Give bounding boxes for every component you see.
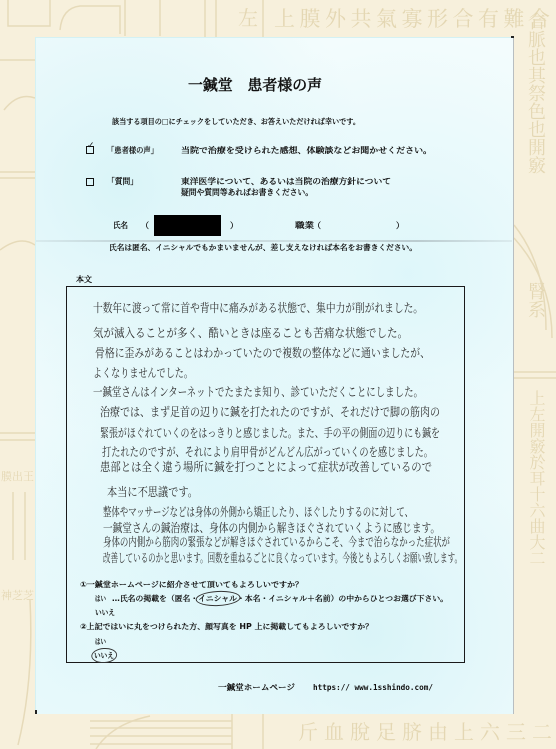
check-mark-icon: ✓	[87, 141, 95, 151]
handwritten-line: 骨格に歪みがあることはわかっていたので複数の整体などに通いましたが、	[95, 346, 430, 360]
handwritten-line: 一鍼堂さんはインターネットでたまたま知り、診ていただくことにしました。	[93, 385, 423, 399]
option-checkbox-patient-voice: ✓	[86, 146, 94, 154]
choice-suffix: ・本名・イニシャル＋名前）の中からひとつお選び下さい。	[237, 594, 448, 603]
name-paren-open: （	[141, 221, 149, 231]
handwritten-line: よくなりませんでした。	[93, 366, 193, 380]
background-text-bottom-row: 斤血脫足脐由上六三二	[298, 722, 556, 742]
background-text-right-middle: 腎系	[526, 282, 544, 318]
body-text-box	[66, 286, 465, 663]
handwritten-line: 本当に不思議です。	[107, 485, 198, 499]
question-2-no-option-circled: いいえ	[94, 651, 114, 661]
handwritten-line: 患部とは全く違う場所に鍼を打つことによって症状が改善しているので	[100, 460, 432, 474]
background-text-left-row-2: 神芝芝	[1, 590, 34, 601]
option-description-question-line-2: 疑問や質問等あればお書きください。	[181, 188, 313, 198]
name-redacted-block	[154, 215, 221, 236]
paper-corner-mark	[35, 710, 37, 714]
page-canvas: 左 上膜外共氣寡形合有難合 合脈也其祭色也開竅 腎系 上左開竅於耳十六曲大二 斤…	[0, 0, 556, 749]
question-2-yes-option: はい	[95, 637, 106, 647]
option-description-question-line-1: 東洋医学について、あるいは当院の治療方針について	[181, 177, 391, 187]
footer-url: https:// www.1sshindo.com/	[313, 683, 433, 693]
handwritten-line: 改善しているのかと思います。回数を重ねるごとに良くなっています。今後ともよろしく…	[103, 551, 462, 565]
handwritten-line: 十数年に渡って常に首や背中に痛みがある状態で、集中力が削がれました。	[93, 301, 423, 315]
circled-answer-no: いいえ	[94, 651, 114, 660]
occupation-paren-close: ）	[396, 221, 404, 231]
body-label: 本文	[76, 275, 92, 285]
name-label: 氏名	[113, 221, 128, 231]
background-text-top-left: 左	[238, 8, 258, 28]
handwritten-line: 打たれたのですが、それにより肩甲骨がどんどん広がっていくのを感じました。	[102, 445, 433, 459]
background-text-right-lower: 上左開竅於耳十六曲大二	[528, 390, 544, 566]
question-1-name-display-choice: …氏名の掲載を（匿名・イニシャル・本名・イニシャル＋名前）の中からひとつお選び下…	[112, 594, 448, 604]
circled-choice-initials: イニシャル	[198, 594, 237, 603]
handwritten-line: 身体の内側から筋肉の緊張などが解きほぐされているからこそ、今まで治らなかった症状…	[103, 535, 450, 549]
question-2-text: ②上記ではいに丸をつけられた方、顔写真を HP 上に掲載してもよろしいですか？	[80, 622, 373, 632]
handwritten-line: 治療では、まず足首の辺りに鍼を打たれたのですが、それだけで脚の筋肉の	[100, 405, 440, 419]
background-text-top-row: 上膜外共氣寡形合有難合	[274, 9, 555, 30]
footer-homepage-label: 一鍼堂ホームページ	[218, 683, 295, 693]
background-text-right-upper: 合脈也其祭色也開竅	[526, 12, 544, 174]
handwritten-line: 気が滅入ることが多く、酷いときは座ることも苦痛な状態でした。	[93, 326, 408, 340]
option-label-question: 「質問」	[107, 177, 138, 187]
question-1-yes-option: はい	[95, 594, 106, 604]
handwritten-line: 整体やマッサージなどは身体の外側から矯正したり、ほぐしたりするのに対して、	[103, 505, 413, 519]
form-title: 一鍼堂 患者様の声	[188, 76, 322, 94]
option-label-patient-voice: 「患者様の声」	[107, 146, 158, 156]
option-description-patient-voice: 当院で治療を受けられた感想、体験談などお聞かせください。	[181, 146, 432, 156]
occupation-label: 職業	[295, 221, 314, 231]
handwritten-line: 緊張がほぐれていくのをはっきりと感じました。また、手の平の側面の辺りにも鍼を	[100, 426, 440, 440]
name-note: 氏名は匿名、イニシャルでもかまいませんが、差し支えなければ本名をお書きください。	[109, 243, 417, 253]
question-1-text: ①一鍼堂ホームページに紹介させて頂いてもよろしいですか？	[80, 580, 303, 590]
option-checkbox-question: ✓	[86, 178, 94, 186]
form-instruction: 該当する項目の□にチェックをしていただき、お答えいただければ幸いです。	[112, 117, 360, 127]
handwritten-line: 一鍼堂さんの鍼治療は、身体の内側から解きほぐされていくように感じます。	[103, 521, 440, 535]
name-paren-close: ）	[230, 221, 238, 231]
occupation-paren-open: （	[313, 221, 321, 231]
paper-fold-crease	[36, 240, 512, 242]
question-1-no-option: いいえ	[95, 608, 115, 618]
background-text-left-row-1: 膜出王	[1, 471, 34, 482]
choice-prefix: …氏名の掲載を（匿名・	[112, 594, 198, 603]
paper-corner-mark	[511, 36, 514, 38]
